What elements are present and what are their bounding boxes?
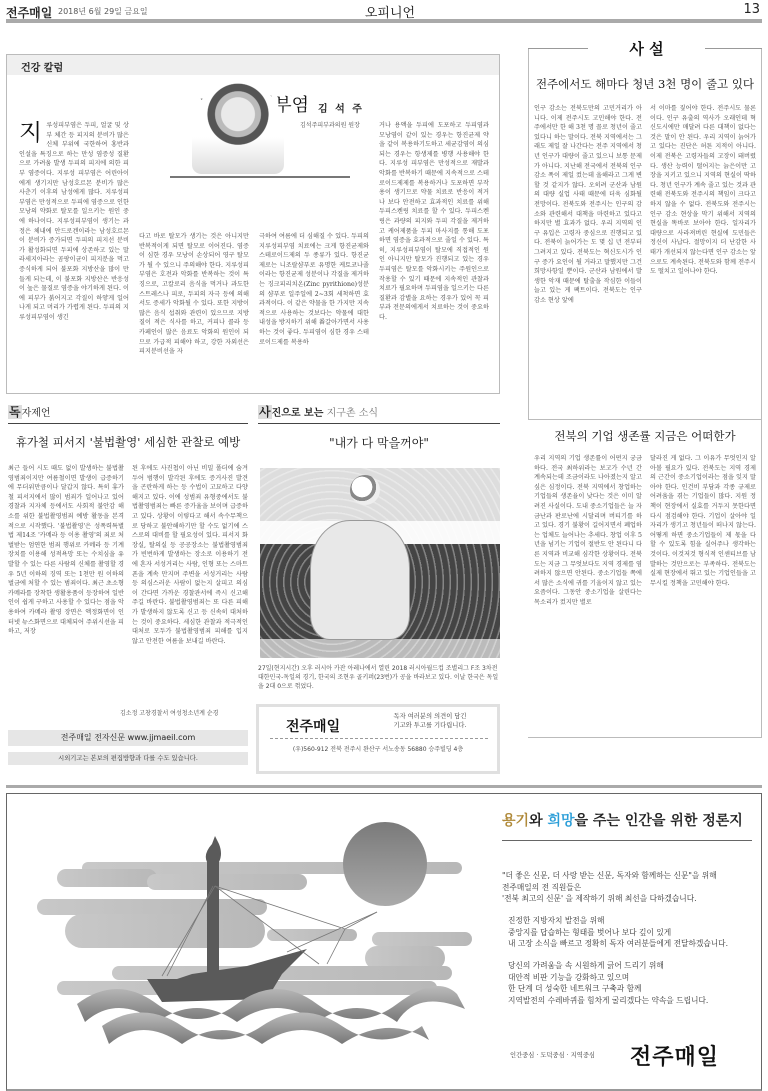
- editorial-text-2: 서 이마를 짚어야 한다. 전주시도 물론이다. 인구 유출의 역사가 오래인데…: [650, 104, 756, 414]
- submission-address: (우)560-912 전북 전주시 완산구 서노송동 56880 승주빌딩 4층: [256, 744, 500, 753]
- editorial-label: 사 설: [588, 38, 705, 59]
- editorial2-text-1: 우리 지역의 기업 생존률이 어떤지 궁금하다. 전국 최하위라는 보고가 수년…: [534, 454, 642, 734]
- photo-news-label: 사진으로 보는 지구촌 소식: [258, 403, 500, 424]
- reader-column-text-1: 최근 들어 시도 때도 없이 발생하는 불법촬영범죄이지만 여름철이면 발생이 …: [8, 464, 124, 704]
- author-name: 김 석 주: [318, 100, 364, 115]
- author-portrait: [192, 82, 284, 174]
- ad-rule: [502, 840, 752, 841]
- section-rule: [6, 785, 762, 788]
- health-column-text-2: 다고 바로 탈모가 생기는 것은 아니지만 반복적이게 되면 탈모로 이어진다.…: [139, 232, 249, 389]
- editorial-title: 전주에서도 해마다 청년 3천 명이 줄고 있다: [528, 76, 762, 92]
- ad-slogan: 용기와 희망을 주는 인간을 위한 정론지: [502, 810, 743, 830]
- page-number: 13: [743, 2, 760, 17]
- reader-column-text-2: 된 후에도 사진첩이 아닌 비밀 폴더에 숨겨두어 범행이 발각된 후에도 증거…: [132, 464, 248, 704]
- author-role: 김석주피부과의원 원장: [300, 120, 360, 129]
- ad-motto: 인간중심 · 도덕중심 · 지역중심: [510, 1050, 595, 1059]
- health-column-text-4: 거나 용액을 두피에 도포하고 두피염과 모낭염이 같이 있는 경우는 항진균제…: [379, 121, 489, 389]
- soccer-ball: [350, 475, 380, 505]
- photo-caption: 27일(현지시간) 오후 러시아 카잔 아레나에서 열린 2018 러시아월드컵…: [258, 664, 500, 691]
- reader-signature: 김소정 고창경찰서 여성청소년계 순경: [120, 708, 218, 717]
- byline-rule: [170, 176, 350, 178]
- masthead-rule: [6, 19, 762, 23]
- ad-paragraph-3: 당신의 가려움을 속 시원하게 긁어 드리기 위해대안적 비판 기능을 강화하고…: [508, 960, 708, 1006]
- ad-paragraph-1: "더 좋은 신문, 더 사랑 받는 신문, 독자와 함께하는 신문"을 위해 전…: [502, 870, 717, 905]
- goalkeeper-figure: [310, 520, 410, 640]
- reader-column-title: 휴가철 피서지 '불법촬영' 세심한 관찰로 예방: [8, 434, 248, 450]
- web-link[interactable]: 전주매일 전자신문 www.jjmaeil.com: [8, 730, 248, 746]
- ad-paragraph-2: 진정한 지방자치 발전을 위해중앙지를 답습하는 형태를 벗어나 보다 깊이 있…: [508, 915, 728, 950]
- editorial-rule-right: [705, 48, 762, 49]
- ship-illustration: [27, 804, 497, 1084]
- reader-column-label: 독자제언: [8, 403, 248, 424]
- health-column-text-1: 지루성피부염은 두피, 얼굴 및 상부 체간 등 피지의 분비가 많은 신체 부…: [19, 121, 129, 389]
- submission-message: 독자 여러분의 의견이 담긴기고와 투고를 기다립니다.: [380, 713, 480, 730]
- dashed-divider: [270, 738, 488, 739]
- photo-news-title: "내가 다 막을꺼야": [258, 434, 500, 451]
- editorial2-text-2: 달라진 게 없다. 그 이유가 무엇인지 알아볼 필요가 있다. 전북도는 지역…: [650, 454, 756, 734]
- dropcap: 지: [19, 121, 42, 143]
- editorial-text-1: 인구 감소는 전북도만의 고민거리가 아니다. 이제 전주시도 고민해야 한다.…: [534, 104, 642, 414]
- ad-logo: 전주매일: [630, 1040, 719, 1071]
- masthead-date: 2018년 6월 29일 금요일: [58, 6, 148, 17]
- health-column-label: 건강 칼럼: [7, 55, 499, 75]
- editorial-rule-left: [528, 48, 588, 49]
- health-column-text-3: 극하여 여름에 더 심해질 수 있다. 두피의 지루성피부염 치료에는 크게 항…: [259, 232, 369, 389]
- submission-logo: 전주매일: [286, 716, 340, 736]
- editorial2-title: 전북의 기업 생존률 지금은 어떠한가: [528, 428, 762, 444]
- disclaimer: 시외기고는 본보의 편집방향과 다를 수도 있습니다.: [8, 752, 248, 765]
